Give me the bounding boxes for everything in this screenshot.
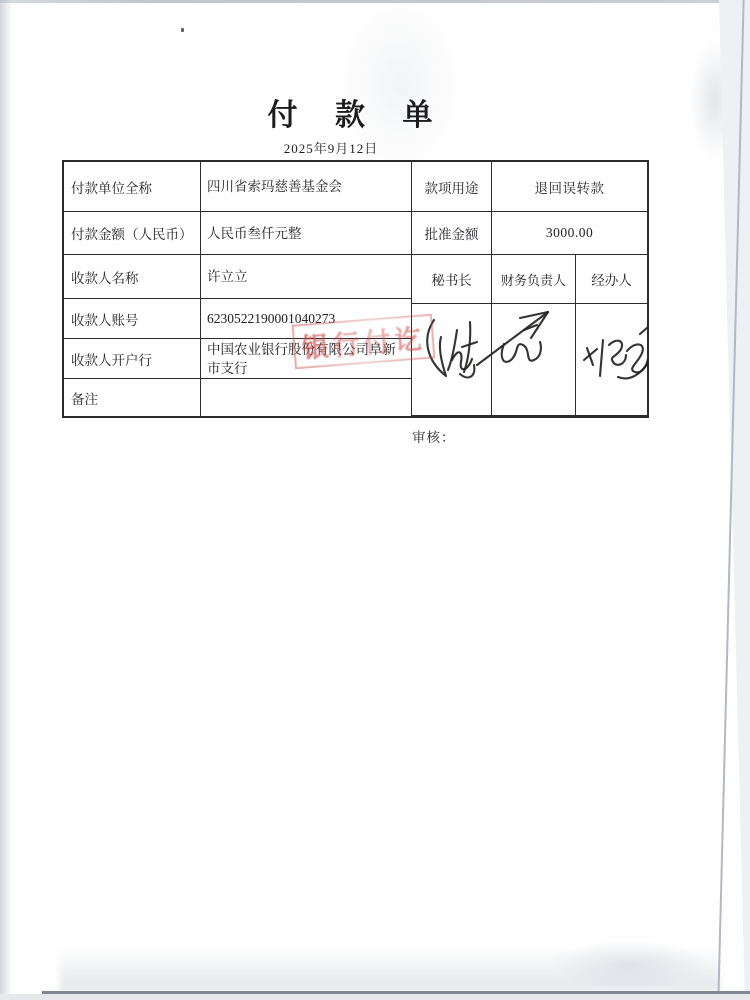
handler-signature-cell xyxy=(576,304,647,415)
table-row-remarks: 备注 xyxy=(64,379,411,416)
document-title: 付 款 单 xyxy=(256,90,456,134)
remarks-value xyxy=(201,379,411,416)
handler-header: 经办人 xyxy=(576,255,647,303)
table-row-approved-amount: 批准金额 3000.00 xyxy=(412,212,647,255)
payment-amount-label: 付款金额（人民币） xyxy=(64,212,201,254)
purpose-value: 退回误转款 xyxy=(492,162,647,211)
payer-name-label: 付款单位全称 xyxy=(64,162,201,211)
scan-speck xyxy=(181,28,184,32)
payee-bank-label: 收款人开户行 xyxy=(64,339,201,378)
table-row-payer-name: 付款单位全称 四川省索玛慈善基金会 xyxy=(64,162,411,212)
document-date: 2025年9月12日 xyxy=(251,138,411,157)
scan-shadow-bottom xyxy=(60,948,720,991)
payment-amount-value: 人民币叁仟元整 xyxy=(201,212,411,254)
table-row-purpose: 款项用途 退回误转款 xyxy=(412,162,647,212)
remarks-label: 备注 xyxy=(64,379,201,416)
table-row-payee-name: 收款人名称 许立立 xyxy=(64,255,411,299)
payee-name-label: 收款人名称 xyxy=(64,255,201,298)
finance-signature-cell xyxy=(492,304,576,415)
approved-amount-value: 3000.00 xyxy=(492,212,647,254)
finance-header: 财务负责人 xyxy=(492,255,576,303)
approved-amount-label: 批准金额 xyxy=(412,212,492,254)
scan-edge-left xyxy=(0,0,12,1000)
payee-name-value: 许立立 xyxy=(201,255,411,298)
table-row-signer-headers: 秘书长 财务负责人 经办人 xyxy=(412,255,647,304)
secretary-header: 秘书长 xyxy=(412,255,492,303)
voucher-left-section: 付款单位全称 四川省索玛慈善基金会 付款金额（人民币） 人民币叁仟元整 收款人名… xyxy=(64,162,411,416)
table-row-payment-amount: 付款金额（人民币） 人民币叁仟元整 xyxy=(64,212,411,255)
review-label: 审核： xyxy=(412,426,456,446)
payee-account-label: 收款人账号 xyxy=(64,299,201,338)
payment-voucher-table: 付款单位全称 四川省索玛慈善基金会 付款金额（人民币） 人民币叁仟元整 收款人名… xyxy=(62,160,649,418)
purpose-label: 款项用途 xyxy=(412,162,492,211)
scan-edge-bottom-strip xyxy=(0,994,750,1000)
scanned-page: 付 款 单 2025年9月12日 付款单位全称 四川省索玛慈善基金会 付款金额（… xyxy=(0,0,750,1000)
table-row-signatures xyxy=(412,304,647,416)
payer-name-value: 四川省索玛慈善基金会 xyxy=(201,162,411,211)
voucher-right-section: 款项用途 退回误转款 批准金额 3000.00 秘书长 财务负责人 经办人 xyxy=(411,162,647,416)
